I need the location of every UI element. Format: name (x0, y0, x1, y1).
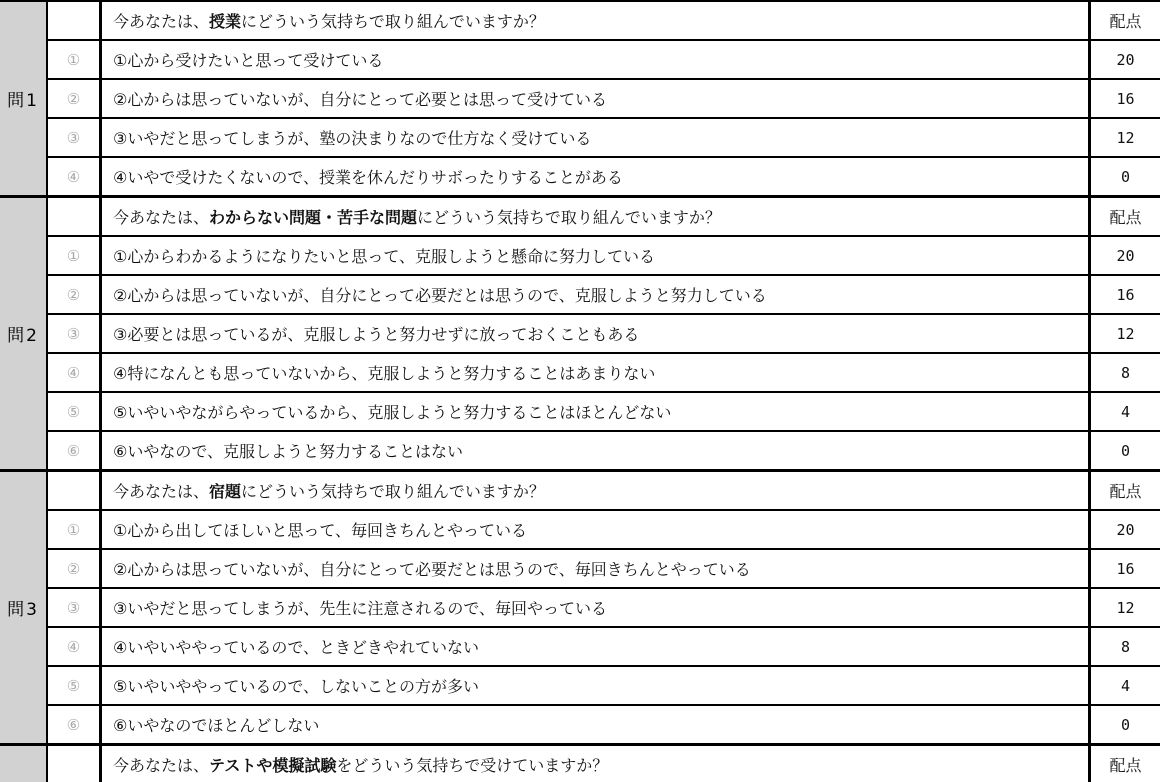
question-text: 今あなたは、授業にどういう気持ちで取り組んでいますか？ (102, 2, 1091, 39)
option-points: 0 (1091, 432, 1160, 469)
question-text: 今あなたは、宿題にどういう気持ちで取り組んでいますか？ (102, 472, 1091, 509)
question-block: 問3 今あなたは、宿題にどういう気持ちで取り組んでいますか？ 配点 ① ①心から… (0, 472, 1160, 746)
question-text-suffix: にどういう気持ちで取り組んでいますか？ (417, 205, 721, 228)
option-text: ⑥いやなので、克服しようと努力することはない (102, 432, 1091, 469)
option-row: ④ ④特になんとも思っていないから、克服しようと努力することはあまりない 8 (48, 354, 1160, 393)
circled-number-icon: ④ (48, 158, 102, 195)
option-row: ④ ④いやで受けたくないので、授業を休んだりサボったりすることがある 0 (48, 158, 1160, 195)
option-text: ②心からは思っていないが、自分にとって必要だとは思うので、毎回きちんとやっている (102, 550, 1091, 587)
option-row: ② ②心からは思っていないが、自分にとって必要とは思って受けている 16 (48, 80, 1160, 119)
question-number-label (0, 746, 48, 782)
option-text: ③必要とは思っているが、克服しようと努力せずに放っておくこともある (102, 315, 1091, 352)
question-text: 今あなたは、テストや模擬試験をどういう気持ちで受けていますか？ (102, 746, 1091, 782)
circled-number-icon: ① (48, 41, 102, 78)
option-text: ③いやだと思ってしまうが、塾の決まりなので仕方なく受けている (102, 119, 1091, 156)
option-number-cell-empty (48, 198, 102, 235)
circled-number-icon: ⑥ (48, 706, 102, 743)
option-row: ① ①心からわかるようになりたいと思って、克服しようと懸命に努力している 20 (48, 237, 1160, 276)
question-number-label: 問3 (0, 472, 48, 743)
option-row: ② ②心からは思っていないが、自分にとって必要だとは思うので、毎回きちんとやって… (48, 550, 1160, 589)
option-row: ⑤ ⑤いやいややっているので、しないことの方が多い 4 (48, 667, 1160, 706)
option-row: ③ ③いやだと思ってしまうが、先生に注意されるので、毎回やっている 12 (48, 589, 1160, 628)
option-text: ④いやで受けたくないので、授業を休んだりサボったりすることがある (102, 158, 1091, 195)
option-row: ① ①心から受けたいと思って受けている 20 (48, 41, 1160, 80)
circled-number-icon: ⑤ (48, 393, 102, 430)
option-points: 16 (1091, 80, 1160, 117)
circled-number-icon: ⑤ (48, 667, 102, 704)
question-text-prefix: 今あなたは、 (113, 479, 209, 502)
option-points: 20 (1091, 237, 1160, 274)
points-header: 配点 (1091, 746, 1160, 782)
question-topic-bold: 授業 (209, 9, 241, 32)
option-text: ④特になんとも思っていないから、克服しようと努力することはあまりない (102, 354, 1091, 391)
question-text-suffix: をどういう気持ちで受けていますか？ (336, 753, 608, 776)
points-header: 配点 (1091, 2, 1160, 39)
points-header: 配点 (1091, 198, 1160, 235)
option-text: ②心からは思っていないが、自分にとって必要だとは思うので、克服しようと努力してい… (102, 276, 1091, 313)
option-text: ③いやだと思ってしまうが、先生に注意されるので、毎回やっている (102, 589, 1091, 626)
option-text: ①心から受けたいと思って受けている (102, 41, 1091, 78)
option-points: 16 (1091, 276, 1160, 313)
points-header: 配点 (1091, 472, 1160, 509)
option-row: ⑥ ⑥いやなので、克服しようと努力することはない 0 (48, 432, 1160, 469)
question-topic-bold: テストや模擬試験 (209, 753, 336, 776)
option-text: ①心から出してほしいと思って、毎回きちんとやっている (102, 511, 1091, 548)
question-text-prefix: 今あなたは、 (113, 9, 209, 32)
option-points: 4 (1091, 667, 1160, 704)
option-text: ④いやいややっているので、ときどきやれていない (102, 628, 1091, 665)
circled-number-icon: ④ (48, 354, 102, 391)
circled-number-icon: ② (48, 276, 102, 313)
option-points: 20 (1091, 41, 1160, 78)
question-header-row: 今あなたは、テストや模擬試験をどういう気持ちで受けていますか？ 配点 (48, 746, 1160, 782)
option-points: 0 (1091, 706, 1160, 743)
option-text: ②心からは思っていないが、自分にとって必要とは思って受けている (102, 80, 1091, 117)
circled-number-icon: ① (48, 237, 102, 274)
circled-number-icon: ③ (48, 315, 102, 352)
question-text-prefix: 今あなたは、 (113, 753, 209, 776)
question-text: 今あなたは、わからない問題・苦手な問題にどういう気持ちで取り組んでいますか？ (102, 198, 1091, 235)
option-row: ⑤ ⑤いやいやながらやっているから、克服しようと努力することはほとんどない 4 (48, 393, 1160, 432)
question-rows: 今あなたは、宿題にどういう気持ちで取り組んでいますか？ 配点 ① ①心から出して… (48, 472, 1160, 743)
question-header-row: 今あなたは、宿題にどういう気持ちで取り組んでいますか？ 配点 (48, 472, 1160, 511)
option-points: 4 (1091, 393, 1160, 430)
question-block: 問2 今あなたは、わからない問題・苦手な問題にどういう気持ちで取り組んでいますか… (0, 198, 1160, 472)
question-text-prefix: 今あなたは、 (113, 205, 209, 228)
option-points: 8 (1091, 354, 1160, 391)
question-header-row: 今あなたは、授業にどういう気持ちで取り組んでいますか？ 配点 (48, 2, 1160, 41)
option-points: 12 (1091, 119, 1160, 156)
option-points: 0 (1091, 158, 1160, 195)
question-rows: 今あなたは、テストや模擬試験をどういう気持ちで受けていますか？ 配点 (48, 746, 1160, 782)
circled-number-icon: ③ (48, 589, 102, 626)
option-row: ② ②心からは思っていないが、自分にとって必要だとは思うので、克服しようと努力し… (48, 276, 1160, 315)
question-block: 今あなたは、テストや模擬試験をどういう気持ちで受けていますか？ 配点 (0, 746, 1160, 782)
question-header-row: 今あなたは、わからない問題・苦手な問題にどういう気持ちで取り組んでいますか？ 配… (48, 198, 1160, 237)
circled-number-icon: ③ (48, 119, 102, 156)
option-text: ⑤いやいやながらやっているから、克服しようと努力することはほとんどない (102, 393, 1091, 430)
option-row: ④ ④いやいややっているので、ときどきやれていない 8 (48, 628, 1160, 667)
option-row: ③ ③いやだと思ってしまうが、塾の決まりなので仕方なく受けている 12 (48, 119, 1160, 158)
option-points: 16 (1091, 550, 1160, 587)
question-number-label: 問1 (0, 2, 48, 195)
option-number-cell-empty (48, 2, 102, 39)
question-number-label: 問2 (0, 198, 48, 469)
option-number-cell-empty (48, 472, 102, 509)
question-topic-bold: 宿題 (209, 479, 241, 502)
option-number-cell-empty (48, 746, 102, 782)
option-points: 20 (1091, 511, 1160, 548)
question-rows: 今あなたは、授業にどういう気持ちで取り組んでいますか？ 配点 ① ①心から受けた… (48, 2, 1160, 195)
option-points: 12 (1091, 589, 1160, 626)
question-text-suffix: にどういう気持ちで取り組んでいますか？ (241, 9, 545, 32)
question-topic-bold: わからない問題・苦手な問題 (209, 205, 417, 228)
option-text: ①心からわかるようになりたいと思って、克服しようと懸命に努力している (102, 237, 1091, 274)
circled-number-icon: ⑥ (48, 432, 102, 469)
circled-number-icon: ④ (48, 628, 102, 665)
option-points: 12 (1091, 315, 1160, 352)
option-text: ⑥いやなのでほとんどしない (102, 706, 1091, 743)
option-points: 8 (1091, 628, 1160, 665)
question-text-suffix: にどういう気持ちで取り組んでいますか？ (241, 479, 545, 502)
circled-number-icon: ② (48, 80, 102, 117)
circled-number-icon: ② (48, 550, 102, 587)
question-block: 問1 今あなたは、授業にどういう気持ちで取り組んでいますか？ 配点 ① ①心から… (0, 2, 1160, 198)
circled-number-icon: ① (48, 511, 102, 548)
option-row: ③ ③必要とは思っているが、克服しようと努力せずに放っておくこともある 12 (48, 315, 1160, 354)
question-rows: 今あなたは、わからない問題・苦手な問題にどういう気持ちで取り組んでいますか？ 配… (48, 198, 1160, 469)
option-text: ⑤いやいややっているので、しないことの方が多い (102, 667, 1091, 704)
questionnaire-table: 問1 今あなたは、授業にどういう気持ちで取り組んでいますか？ 配点 ① ①心から… (0, 0, 1160, 782)
option-row: ① ①心から出してほしいと思って、毎回きちんとやっている 20 (48, 511, 1160, 550)
option-row: ⑥ ⑥いやなのでほとんどしない 0 (48, 706, 1160, 743)
